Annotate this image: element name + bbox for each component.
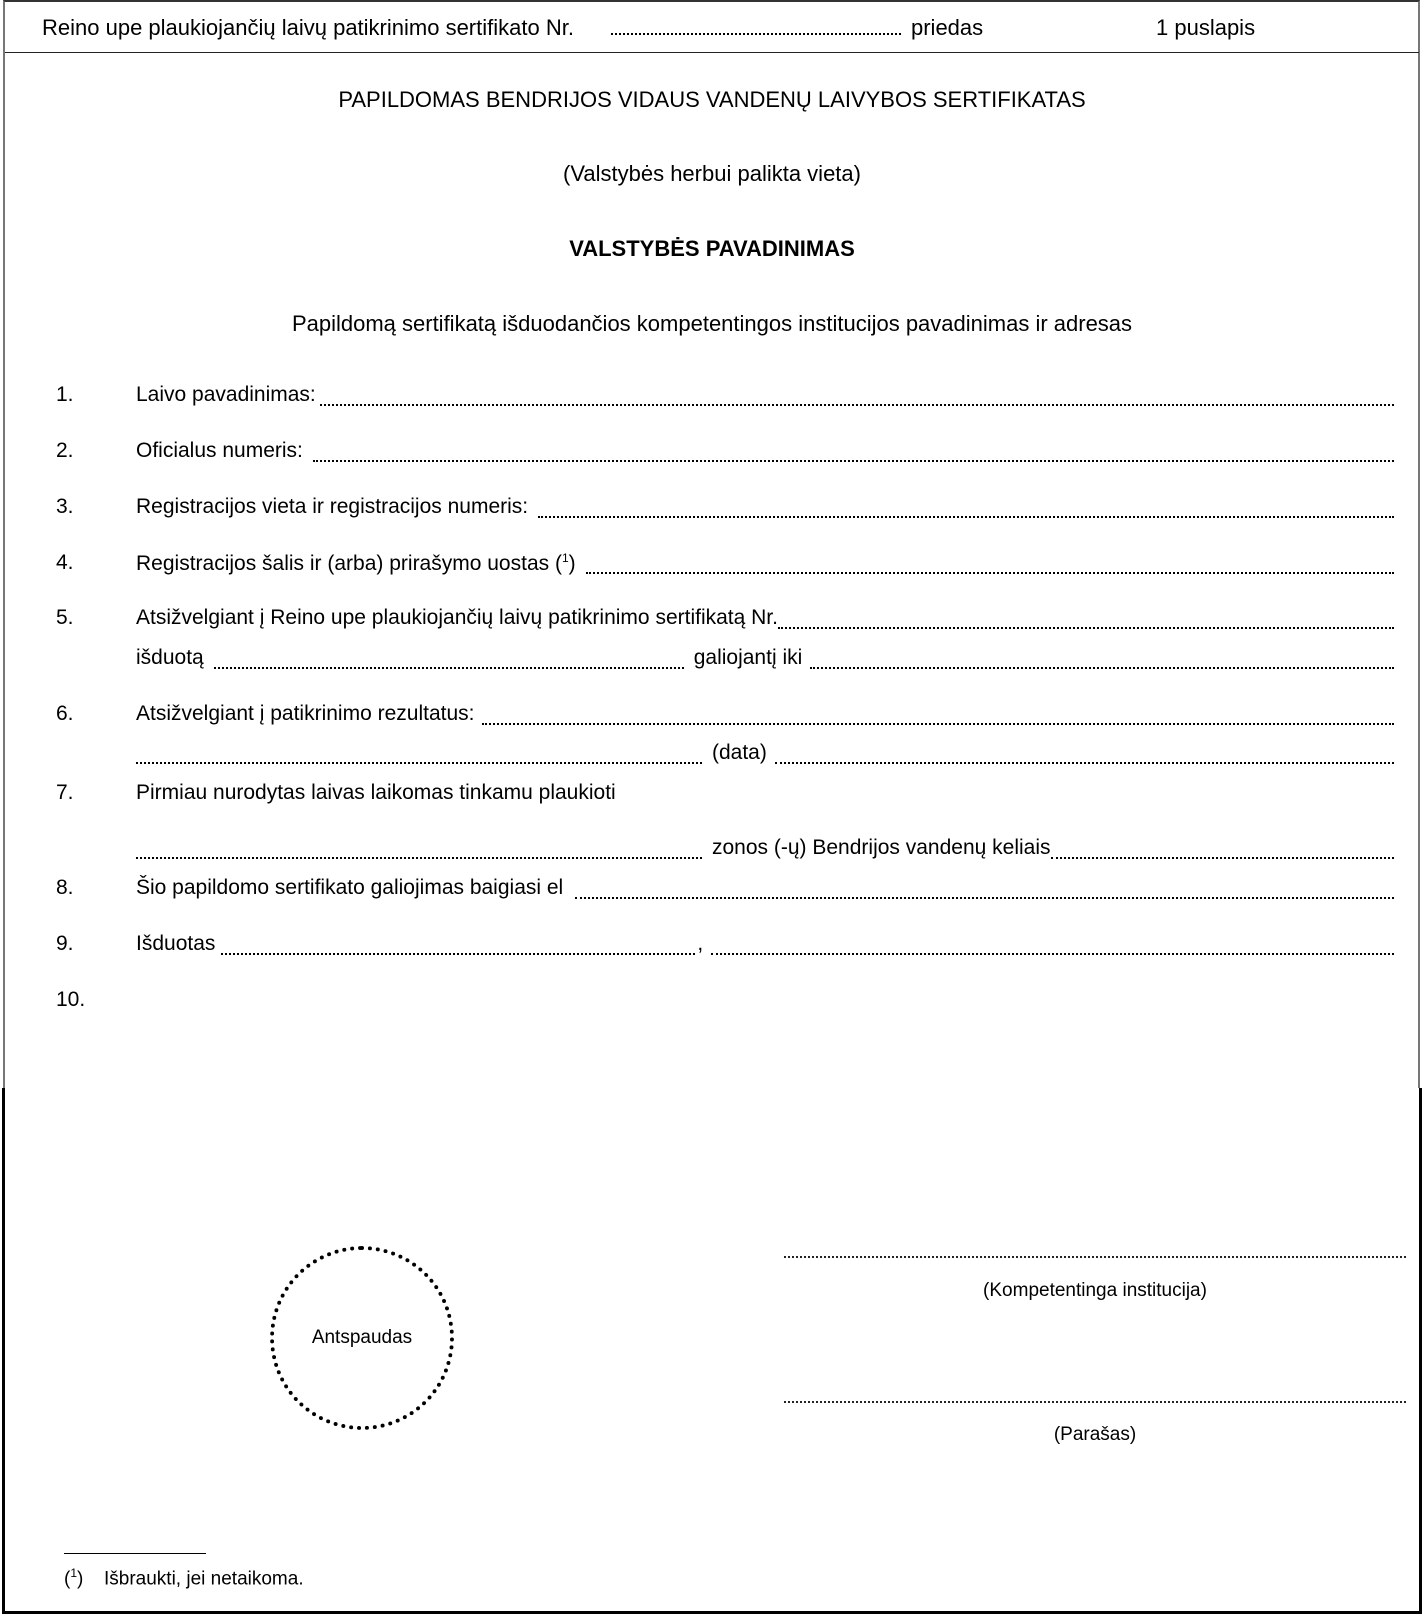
field-label: Atsižvelgiant į Reino upe plaukiojančių … xyxy=(136,606,778,630)
footnote-text: Išbraukti, jei netaikoma. xyxy=(104,1568,304,1589)
issued-date-input[interactable] xyxy=(711,953,1394,955)
official-number-input[interactable] xyxy=(313,460,1394,462)
issued-date-input[interactable] xyxy=(214,667,684,669)
stamp-label: Antspaudas xyxy=(312,1327,412,1349)
inspection-place-input[interactable] xyxy=(136,762,702,764)
field-issued: Išduotas , xyxy=(136,932,1394,960)
field-navigation-fitness: Pirmiau nurodytas laivas laikomas tinkam… xyxy=(136,781,1394,809)
footnote-ref: 1 xyxy=(562,551,569,565)
field-vessel-name: Laivo pavadinimas: xyxy=(136,383,1394,411)
page-number: 1 puslapis xyxy=(1156,15,1255,41)
issued-place-input[interactable] xyxy=(221,953,695,955)
issuing-authority-note: Papildomą sertifikatą išduodančios kompe… xyxy=(0,311,1424,337)
inspection-date-input[interactable] xyxy=(775,762,1394,764)
registration-country-input[interactable] xyxy=(586,572,1394,574)
field-rhine-certificate-dates: išduotą galiojantį iki xyxy=(136,646,1394,674)
field-number-3: 3. xyxy=(56,495,74,519)
field-registration-place: Registracijos vieta ir registracijos num… xyxy=(136,495,1394,523)
field-number-8: 8. xyxy=(56,876,74,900)
authority-caption: (Kompetentinga institucija) xyxy=(784,1280,1406,1302)
certificate-number-field[interactable] xyxy=(611,15,901,37)
valid-until-input[interactable] xyxy=(810,667,1394,669)
coat-of-arms-note: (Valstybės herbui palikta vieta) xyxy=(0,161,1424,187)
signature-line[interactable] xyxy=(784,1401,1406,1403)
registration-place-input[interactable] xyxy=(538,516,1394,518)
field-label: Laivo pavadinimas: xyxy=(136,383,316,407)
footnote: (1)Išbraukti, jei netaikoma. xyxy=(64,1566,304,1590)
zone-input[interactable] xyxy=(136,857,702,859)
document-frame-lower xyxy=(2,1088,1422,1614)
field-number-10: 10. xyxy=(56,988,85,1012)
authority-line[interactable] xyxy=(784,1256,1406,1258)
field-registration-country: Registracijos šalis ir (arba) prirašymo … xyxy=(136,551,1394,579)
separator: , xyxy=(697,932,703,956)
certificate-prefix: Reino upe plaukiojančių laivų patikrinim… xyxy=(42,15,574,40)
footnote-rule xyxy=(64,1553,206,1554)
field-inspection-results: Atsižvelgiant į patikrinimo rezultatus: xyxy=(136,702,1394,730)
field-number-7: 7. xyxy=(56,781,74,805)
vessel-name-input[interactable] xyxy=(320,404,1394,406)
field-inspection-date: (data) xyxy=(136,741,1394,769)
annex-label: priedas xyxy=(911,15,983,41)
document-title: PAPILDOMAS BENDRIJOS VIDAUS VANDENŲ LAIV… xyxy=(0,87,1424,113)
field-label: Registracijos vieta ir registracijos num… xyxy=(136,495,528,519)
expiry-date-input[interactable] xyxy=(575,897,1394,899)
issued-label: išduotą xyxy=(136,646,204,670)
header-divider xyxy=(5,52,1419,53)
valid-until-label: galiojantį iki xyxy=(694,646,803,670)
field-number-4: 4. xyxy=(56,551,74,575)
field-label: Pirmiau nurodytas laivas laikomas tinkam… xyxy=(136,781,616,805)
field-number-9: 9. xyxy=(56,932,74,956)
field-number-5: 5. xyxy=(56,606,74,630)
signature-caption: (Parašas) xyxy=(784,1424,1406,1446)
rhine-certificate-number-input[interactable] xyxy=(778,627,1394,629)
field-number-1: 1. xyxy=(56,383,74,407)
zone-label: zonos (-ų) Bendrijos vandenų keliais xyxy=(712,836,1051,860)
field-rhine-certificate: Atsižvelgiant į Reino upe plaukiojančių … xyxy=(136,606,1394,634)
field-number-2: 2. xyxy=(56,439,74,463)
field-label: Išduotas xyxy=(136,932,215,956)
field-label: Registracijos šalis ir (arba) prirašymo … xyxy=(136,551,576,576)
field-label: Atsižvelgiant į patikrinimo rezultatus: xyxy=(136,702,474,726)
field-label: Oficialus numeris: xyxy=(136,439,303,463)
field-official-number: Oficialus numeris: xyxy=(136,439,1394,467)
footnote-mark: (1) xyxy=(64,1566,104,1590)
field-number-6: 6. xyxy=(56,702,74,726)
inspection-results-input[interactable] xyxy=(482,723,1394,725)
state-name: VALSTYBĖS PAVADINIMAS xyxy=(0,236,1424,262)
stamp-area: Antspaudas xyxy=(270,1246,454,1430)
field-navigation-zones: zonos (-ų) Bendrijos vandenų keliais xyxy=(136,836,1394,864)
field-label: Šio papildomo sertifikato galiojimas bai… xyxy=(136,876,563,900)
header-certificate-label: Reino upe plaukiojančių laivų patikrinim… xyxy=(42,15,574,41)
date-label: (data) xyxy=(712,741,767,765)
waterways-input[interactable] xyxy=(1051,857,1394,859)
field-expiry: Šio papildomo sertifikato galiojimas bai… xyxy=(136,876,1394,904)
